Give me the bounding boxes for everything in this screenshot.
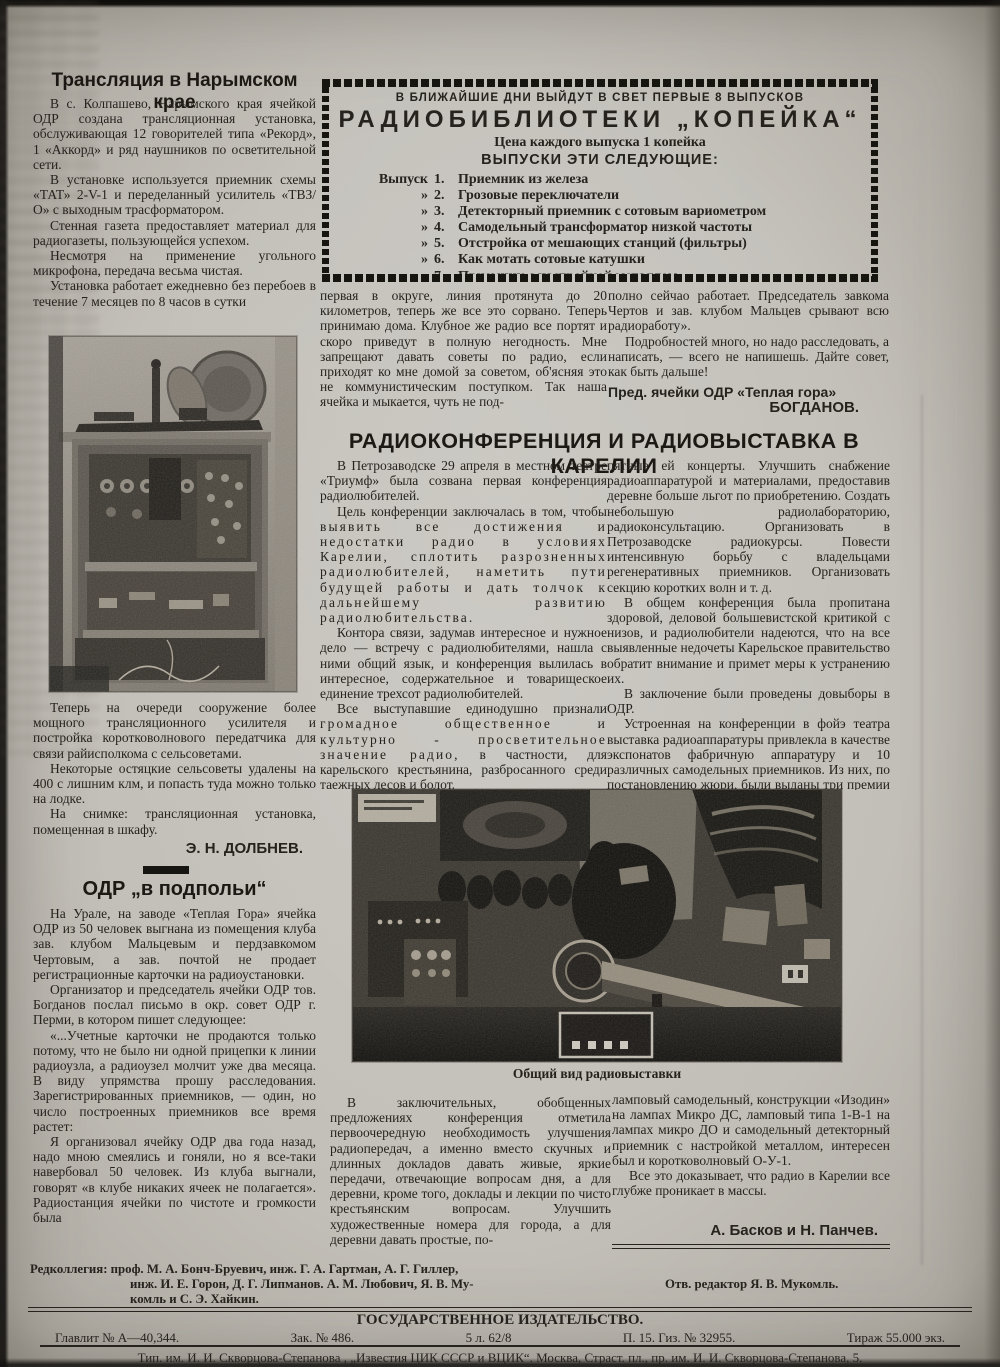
- paragraph: полно сейчао работает. Председатель завк…: [608, 288, 889, 334]
- paragraph: первая в округе, линия протянута до 20 к…: [320, 288, 607, 410]
- exhibition-photo-caption: Общий вид радиовыставки: [352, 1066, 842, 1082]
- text-run: Цель конференции заключалась в том, чтоб…: [337, 504, 607, 519]
- imprint-giz: П. 15. Гиз. № 32955.: [623, 1330, 735, 1346]
- editorial-board-line2: инж. И. Е. Горон, Д. Г. Липманов. А. М. …: [130, 1277, 650, 1292]
- issue-title: Приемник из железа: [458, 172, 868, 188]
- ad-issue-row: » 2. Грозовые переключатели: [332, 188, 868, 204]
- paragraph: Устроенная на конференции в фойэ театра …: [607, 716, 890, 790]
- paragraph: В установке используется приемник схемы …: [33, 172, 316, 218]
- narym-signature: Э. Н. ДОЛБНЕВ.: [33, 840, 303, 857]
- section-divider-bar: [143, 866, 189, 874]
- paragraph: Несмотря на применение угольного микрофо…: [33, 248, 316, 278]
- imprint-row: Главлит № А—40,344. Зак. № 486. 5 л. 62/…: [55, 1330, 945, 1346]
- ad-border-right: [871, 79, 878, 282]
- paragraph: Все выступавшие единодушно признали гром…: [320, 701, 607, 790]
- issue-marker: »: [332, 188, 434, 204]
- photo-transmission-cabinet-art: [49, 336, 297, 692]
- issue-title: Самодельный трансформатор низкой частоты: [458, 220, 868, 236]
- issue-marker: »: [332, 252, 434, 268]
- paragraph: Подробностей много, но надо расследовать…: [608, 334, 889, 380]
- ad-border-bottom: [322, 274, 878, 282]
- emphasized-text-run: выявить все достижения и недостатки ради…: [320, 519, 607, 625]
- paragraph: Все это доказывает, что радио в Карелии …: [612, 1168, 890, 1198]
- ad-title: РАДИОБИБЛИОТЕКИ „КОПЕЙКА“: [332, 106, 868, 133]
- issue-marker: »: [332, 220, 434, 236]
- paragraph: Я организовал ячейку ОДР два года назад,…: [33, 1134, 316, 1225]
- karelia-signature: А. Басков и Н. Панчев.: [612, 1222, 878, 1239]
- ad-issue-list: Выпуск 1. Приемник из железа » 2. Грозов…: [332, 172, 868, 274]
- issue-number: 3.: [434, 204, 458, 220]
- issue-number: 6.: [434, 252, 458, 268]
- paragraph: В общем конференция была пропитана здоро…: [607, 595, 890, 686]
- ad-issue-row: » 7. Приемник с настройкой металлом: [332, 269, 868, 274]
- ad-preline: В БЛИЖАЙШИЕ ДНИ ВЫЙДУТ В СВЕТ ПЕРВЫЕ 8 В…: [332, 92, 868, 104]
- paragraph: Контора связи, задумав интересное и нужн…: [320, 625, 607, 701]
- photo-radio-exhibition-art: [352, 789, 842, 1062]
- paper-fold-line: [921, 395, 923, 1265]
- issue-number: 2.: [434, 188, 458, 204]
- paragraph: ламповый самодельный, конструкции «Изоди…: [612, 1092, 890, 1168]
- bogdanov-letter-col1: первая в округе, линия протянута до 20 к…: [320, 288, 607, 428]
- imprint-sheets: 5 л. 62/8: [466, 1330, 512, 1346]
- issue-number: 4.: [434, 220, 458, 236]
- issue-number: 1.: [434, 172, 458, 188]
- ad-content: В БЛИЖАЙШИЕ ДНИ ВЫЙДУТ В СВЕТ ПЕРВЫЕ 8 В…: [332, 87, 868, 274]
- narym-article-body: В с. Колпашево, Нарымского края ячейкой …: [33, 96, 316, 334]
- ad-issue-row: » 4. Самодельный трансформатор низкой ча…: [332, 220, 868, 236]
- paragraph: На снимке: трансляционная установка, пом…: [33, 806, 316, 836]
- issue-marker: »: [332, 269, 434, 274]
- paragraph: Теперь на очереди сооружение более мощно…: [33, 700, 316, 761]
- paragraph: Организатор и председатель ячейки ОДР то…: [33, 982, 316, 1028]
- karelia-bottom-col2: ламповый самодельный, конструкции «Изоди…: [612, 1092, 890, 1220]
- issue-number: 7.: [434, 269, 458, 274]
- scan-edge-left: [0, 0, 9, 1367]
- text-run: Все выступавшие единодушно признали: [337, 701, 607, 716]
- imprint-glavlit: Главлит № А—40,344.: [55, 1330, 179, 1346]
- narym-article-continuation: Теперь на очереди сооружение более мощно…: [33, 700, 316, 838]
- issue-marker: »: [332, 204, 434, 220]
- paragraph: В заключительных, обобщенных предложения…: [330, 1095, 611, 1247]
- odr-article-title: ОДР „в подпольи“: [33, 878, 316, 901]
- karelia-col2: пятные ей концерты. Улучшить снабжение р…: [607, 458, 890, 790]
- issue-title: Как мотать сотовые катушки: [458, 252, 868, 268]
- paragraph: пятные ей концерты. Улучшить снабжение р…: [607, 458, 890, 595]
- responsible-editor: Отв. редактор Я. В. Мукомль.: [665, 1277, 975, 1292]
- ad-subtitle: ВЫПУСКИ ЭТИ СЛЕДУЮЩИЕ:: [332, 152, 868, 169]
- paragraph: Некоторые остяцкие сельсоветы удалены на…: [33, 761, 316, 807]
- paragraph: Стенная газета предоставляет материал дл…: [33, 218, 316, 248]
- column-end-rule: [612, 1244, 890, 1249]
- paragraph: В Петрозаводске 29 апреля в местном теат…: [320, 458, 607, 504]
- editorial-board-line3: комль и С. Э. Хайкин.: [130, 1292, 650, 1307]
- paragraph: «...Учетные карточки не продаются только…: [33, 1028, 316, 1134]
- issue-title: Приемник с настройкой металлом: [458, 269, 868, 274]
- ad-border-left: [322, 79, 329, 282]
- bogdanov-letter-col2: полно сейчао работает. Председатель завк…: [608, 288, 889, 428]
- karelia-bottom-col1: В заключительных, обобщенных предложения…: [330, 1095, 611, 1257]
- ad-issue-row: » 3. Детекторный приемник с сотовым вари…: [332, 204, 868, 220]
- imprint-circulation: Тираж 55.000 экз.: [847, 1330, 945, 1346]
- issue-number: 5.: [434, 236, 458, 252]
- photo-transmission-cabinet: [49, 336, 297, 692]
- paragraph: На Урале, на заводе «Теплая Гора» ячейка…: [33, 906, 316, 982]
- ad-border-top: [322, 79, 878, 87]
- issue-marker: Выпуск: [332, 172, 434, 188]
- issue-marker: »: [332, 236, 434, 252]
- paragraph: Цель конференции заключалась в том, чтоб…: [320, 504, 607, 626]
- issue-title: Грозовые переключатели: [458, 188, 868, 204]
- editorial-board-line1: Редколлегия: проф. М. А. Бонч-Бруевич, и…: [30, 1262, 650, 1277]
- issue-title: Детекторный приемник с сотовым вариометр…: [458, 204, 868, 220]
- karelia-col1: В Петрозаводске 29 апреля в местном теат…: [320, 458, 607, 790]
- photo-radio-exhibition: [352, 789, 842, 1062]
- paragraph: В с. Колпашево, Нарымского края ячейкой …: [33, 96, 316, 172]
- scan-edge-top: [0, 0, 1000, 8]
- odr-article-body: На Урале, на заводе «Теплая Гора» ячейка…: [33, 906, 316, 1258]
- bogdanov-signature-name: БОГДАНОВ.: [608, 400, 889, 415]
- ad-issue-row: » 6. Как мотать сотовые катушки: [332, 252, 868, 268]
- publisher-line: ГОСУДАРСТВЕННОЕ ИЗДАТЕЛЬСТВО.: [0, 1312, 1000, 1329]
- ad-issue-row: » 5. Отстройка от мешающих станций (филь…: [332, 236, 868, 252]
- paragraph: Установка работает ежедневно без перебое…: [33, 278, 316, 308]
- bogdanov-signature-role: Пред. ячейки ОДР «Теплая гора»: [608, 385, 889, 400]
- printing-house-line: Тип. им. И. И. Скворцова-Степанова , „Из…: [0, 1350, 1000, 1365]
- scan-edge-right: [984, 0, 1000, 1367]
- ad-issue-row: Выпуск 1. Приемник из железа: [332, 172, 868, 188]
- ad-price-line: Цена каждого выпуска 1 копейка: [332, 134, 868, 151]
- issue-title: Отстройка от мешающих станций (фильтры): [458, 236, 868, 252]
- paragraph: В заключение были проведены довыборы в О…: [607, 686, 890, 716]
- footer-rule-bottom: [40, 1345, 960, 1347]
- imprint-order: Зак. № 486.: [291, 1330, 355, 1346]
- newspaper-page: Трансляция в Нарымском крае В с. Колпаше…: [0, 0, 1000, 1367]
- kopeika-ad-box: В БЛИЖАЙШИЕ ДНИ ВЫЙДУТ В СВЕТ ПЕРВЫЕ 8 В…: [322, 79, 878, 282]
